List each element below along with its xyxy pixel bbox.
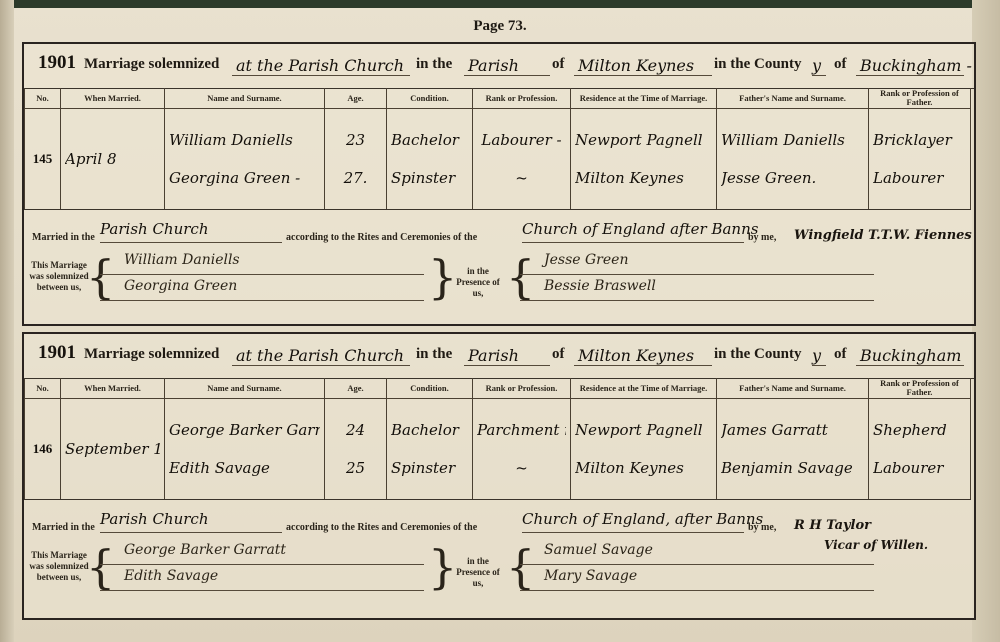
entry-number: 146: [25, 399, 61, 500]
column-header: When Married.: [61, 88, 165, 109]
father-cell: James GarrattBenjamin Savage: [717, 399, 869, 500]
groom-father-rank: Shepherd: [873, 411, 966, 449]
register-table: No.When Married.Name and Surname.Age.Con…: [24, 88, 971, 210]
label-by-me: by me,: [748, 522, 776, 533]
marriage-entry: 1901 Marriage solemnized at the Parish C…: [22, 42, 976, 326]
groom-name: George Barker Garratt: [169, 411, 320, 449]
entry-heading: 1901 Marriage solemnized at the Parish C…: [24, 44, 974, 89]
witness-2-signature: Mary Savage: [520, 568, 874, 591]
entry-heading: 1901 Marriage solemnized at the Parish C…: [24, 334, 974, 379]
label-by-me: by me,: [748, 232, 776, 243]
bride-condition: Spinster: [391, 449, 468, 487]
column-header: Age.: [325, 88, 387, 109]
bride-father-rank: Labourer: [873, 159, 966, 197]
bride-rank: ~: [477, 449, 566, 487]
parish-type-field: Parish: [464, 56, 550, 76]
column-header: Age.: [325, 378, 387, 399]
label-marriage-solemnized: Marriage solemnized: [84, 56, 219, 73]
bride-signature: Edith Savage: [100, 568, 424, 591]
county-field: Buckingham: [856, 346, 964, 366]
age-cell: 2327.: [325, 109, 387, 210]
residence-cell: Newport PagnellMilton Keynes: [571, 109, 717, 210]
witness-2-signature: Bessie Braswell: [520, 278, 874, 301]
book-edge-top: [0, 0, 1000, 8]
label-in-presence: in the Presence of us,: [452, 556, 504, 589]
bride-age: 25: [329, 449, 382, 487]
groom-signature: William Daniells: [100, 252, 424, 275]
column-header: No.: [25, 88, 61, 109]
father-cell: William DaniellsJesse Green.: [717, 109, 869, 210]
bride-condition: Spinster: [391, 159, 468, 197]
label-of-county: of: [834, 346, 847, 363]
label-in-the: in the: [416, 346, 452, 363]
register-page: Page 73. 1901 Marriage solemnized at the…: [0, 0, 1000, 642]
column-header: Rank or Profession.: [473, 88, 571, 109]
groom-condition: Bachelor: [391, 121, 468, 159]
groom-residence: Newport Pagnell: [575, 121, 712, 159]
entry-footer: Married in the Parish Church according t…: [24, 210, 970, 322]
label-of-county: of: [834, 56, 847, 73]
groom-rank: Labourer -: [477, 121, 566, 159]
names-cell: William DaniellsGeorgina Green -: [165, 109, 325, 210]
officiant-signature: Wingfield T.T.W. Fiennes: [794, 228, 972, 243]
label-of: of: [552, 346, 565, 363]
groom-rank: Parchment maker: [477, 411, 566, 449]
page-number: Page 73.: [0, 18, 1000, 35]
groom-age: 23: [329, 121, 382, 159]
rank-cell: Labourer -~: [473, 109, 571, 210]
parish-field: Milton Keynes: [574, 346, 712, 366]
groom-name: William Daniells: [169, 121, 320, 159]
label-county: in the County: [714, 346, 802, 363]
age-cell: 2425: [325, 399, 387, 500]
groom-father-rank: Bricklayer: [873, 121, 966, 159]
column-header: Condition.: [387, 378, 473, 399]
parish-field: Milton Keynes: [574, 56, 712, 76]
bride-age: 27.: [329, 159, 382, 197]
groom-signature: George Barker Garratt: [100, 542, 424, 565]
column-header: Father's Name and Surname.: [717, 378, 869, 399]
label-solemnized-between: This Marriage was solemnized between us,: [28, 550, 90, 583]
place-field: at the Parish Church: [232, 56, 410, 76]
bride-rank: ~: [477, 159, 566, 197]
bride-name: Georgina Green -: [169, 159, 320, 197]
names-cell: George Barker GarrattEdith Savage: [165, 399, 325, 500]
place-field: at the Parish Church: [232, 346, 410, 366]
rites-field: Church of England, after Banns: [522, 510, 744, 533]
column-header: Rank or Profession.: [473, 378, 571, 399]
residence-cell: Newport PagnellMilton Keynes: [571, 399, 717, 500]
column-header: Father's Name and Surname.: [717, 88, 869, 109]
groom-father: William Daniells: [721, 121, 864, 159]
condition-cell: BachelorSpinster: [387, 109, 473, 210]
label-rites: according to the Rites and Ceremonies of…: [286, 232, 477, 243]
marriage-entry: 1901 Marriage solemnized at the Parish C…: [22, 332, 976, 620]
county-field: Buckingham -: [856, 56, 964, 76]
parish-type-field: Parish: [464, 346, 550, 366]
rites-field: Church of England after Banns: [522, 220, 744, 243]
column-header: Rank or Profession of Father.: [869, 88, 971, 109]
bride-father-rank: Labourer: [873, 449, 966, 487]
entry-year: 1901: [38, 342, 76, 364]
column-header: Rank or Profession of Father.: [869, 378, 971, 399]
label-in-the: in the: [416, 56, 452, 73]
groom-age: 24: [329, 411, 382, 449]
column-header: Name and Surname.: [165, 88, 325, 109]
book-edge-right: [972, 0, 1000, 642]
bride-residence: Milton Keynes: [575, 159, 712, 197]
label-of: of: [552, 56, 565, 73]
label-marriage-solemnized: Marriage solemnized: [84, 346, 219, 363]
county-suffix: y: [812, 56, 826, 76]
bride-name: Edith Savage: [169, 449, 320, 487]
column-header: Residence at the Time of Marriage.: [571, 88, 717, 109]
father-rank-cell: BricklayerLabourer: [869, 109, 971, 210]
groom-father: James Garratt: [721, 411, 864, 449]
bride-father: Jesse Green.: [721, 159, 864, 197]
bride-father: Benjamin Savage: [721, 449, 864, 487]
column-header: Name and Surname.: [165, 378, 325, 399]
rank-cell: Parchment maker~: [473, 399, 571, 500]
register-table: No.When Married.Name and Surname.Age.Con…: [24, 378, 971, 500]
column-header: No.: [25, 378, 61, 399]
entry-year: 1901: [38, 52, 76, 74]
label-county: in the County: [714, 56, 802, 73]
column-header: When Married.: [61, 378, 165, 399]
bride-residence: Milton Keynes: [575, 449, 712, 487]
column-header: Residence at the Time of Marriage.: [571, 378, 717, 399]
groom-condition: Bachelor: [391, 411, 468, 449]
married-in-field: Parish Church: [100, 220, 282, 243]
date-married: September 19: [61, 399, 165, 500]
witness-1-signature: Jesse Green: [520, 252, 874, 275]
county-suffix: y: [812, 346, 826, 366]
witness-1-signature: Samuel Savage: [520, 542, 874, 565]
label-rites: according to the Rites and Ceremonies of…: [286, 522, 477, 533]
condition-cell: BachelorSpinster: [387, 399, 473, 500]
bride-signature: Georgina Green: [100, 278, 424, 301]
date-married: April 8: [61, 109, 165, 210]
father-rank-cell: ShepherdLabourer: [869, 399, 971, 500]
label-married-in: Married in the: [32, 232, 95, 243]
book-gutter: [0, 0, 14, 642]
column-header: Condition.: [387, 88, 473, 109]
label-solemnized-between: This Marriage was solemnized between us,: [28, 260, 90, 293]
entry-number: 145: [25, 109, 61, 210]
groom-residence: Newport Pagnell: [575, 411, 712, 449]
entry-footer: Married in the Parish Church according t…: [24, 500, 970, 612]
label-married-in: Married in the: [32, 522, 95, 533]
married-in-field: Parish Church: [100, 510, 282, 533]
officiant-signature: R H Taylor: [794, 518, 871, 533]
label-in-presence: in the Presence of us,: [452, 266, 504, 299]
